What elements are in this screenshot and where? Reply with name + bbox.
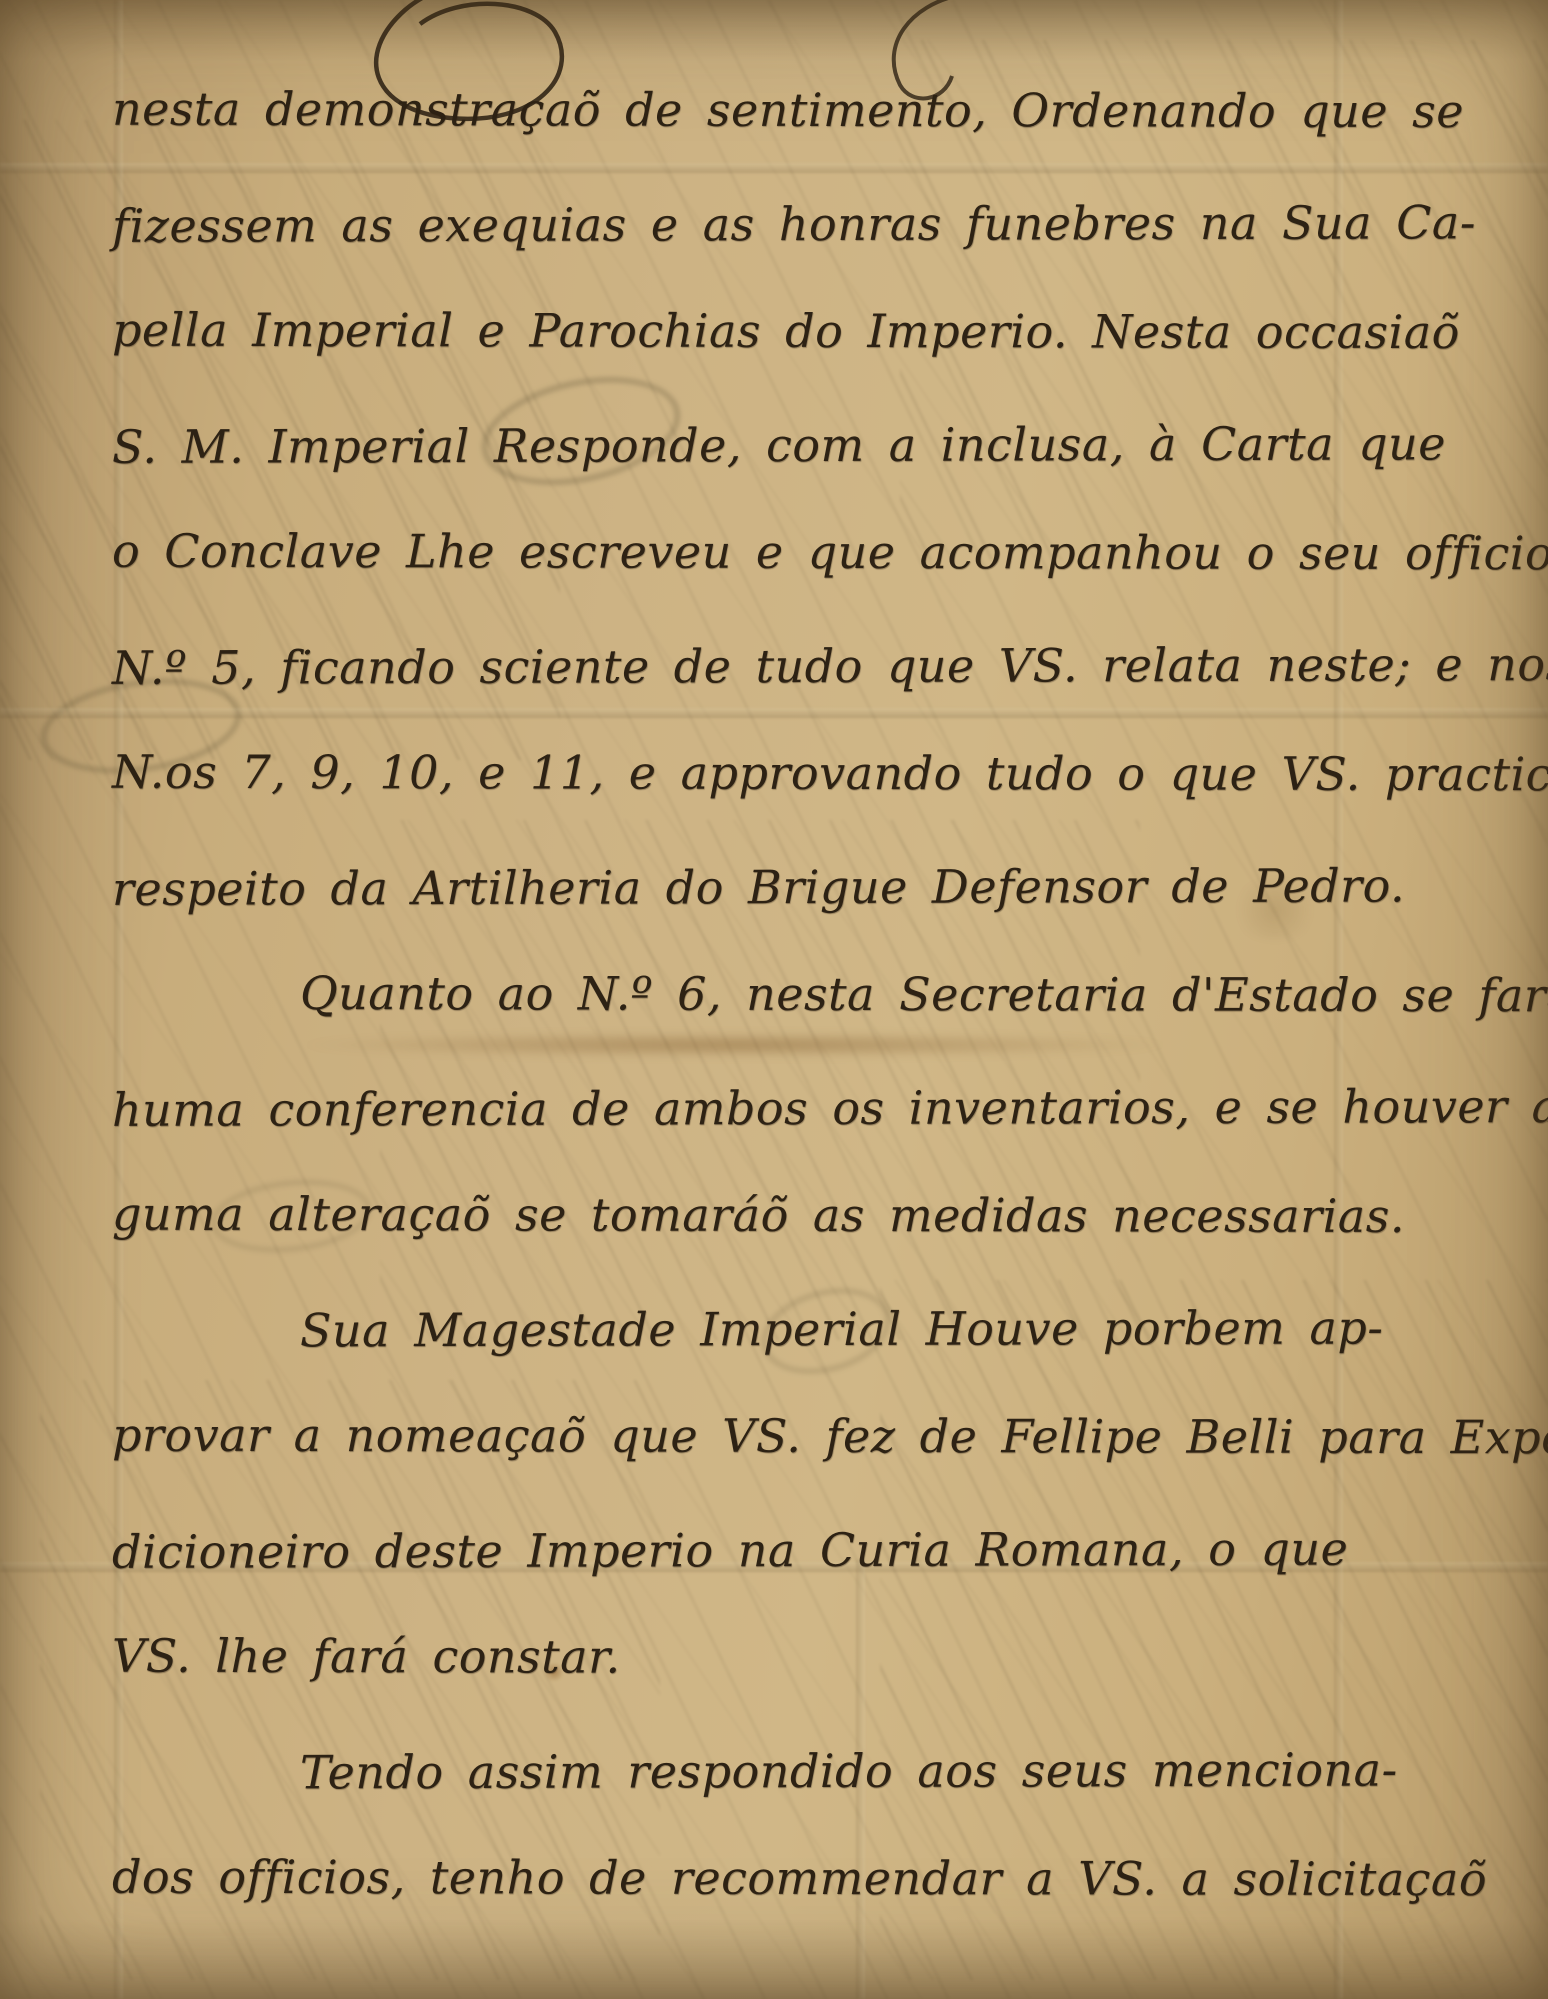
manuscript-page: nesta demonstraçaõ de sentimento, Ordena… — [0, 0, 1548, 1999]
manuscript-line: guma alteraçaõ se tomaráõ as medidas nec… — [0, 1159, 1548, 1272]
manuscript-line: fizessem as exequias e as honras funebre… — [0, 166, 1548, 281]
manuscript-line: VS. lhe fará constar. — [0, 1601, 1548, 1714]
manuscript-line: provar a nomeaçaõ que VS. fez de Fellipe… — [0, 1380, 1548, 1493]
manuscript-line: pella Imperial e Parochias do Imperio. N… — [0, 275, 1548, 388]
manuscript-line: Sua Magestade Imperial Houve porbem ap- — [0, 1271, 1548, 1386]
manuscript-line: dicioneiro deste Imperio na Curia Romana… — [0, 1492, 1548, 1607]
manuscript-line: o Conclave Lhe escreveu e que acompanhou… — [0, 496, 1548, 609]
manuscript-line: dos officios, tenho de recommendar a VS.… — [0, 1822, 1548, 1935]
manuscript-line: huma conferencia de ambos os inventarios… — [0, 1050, 1548, 1165]
manuscript-line: nesta demonstraçaõ de sentimento, Ordena… — [0, 54, 1548, 167]
manuscript-text: nesta demonstraçaõ de sentimento, Ordena… — [0, 56, 1548, 1935]
manuscript-line: Tendo assim respondido aos seus menciona… — [0, 1713, 1548, 1828]
manuscript-line: Quanto ao N.º 6, nesta Secretaria d'Esta… — [0, 938, 1548, 1051]
manuscript-line: respeito da Artilheria do Brigue Defenso… — [0, 829, 1548, 944]
manuscript-line: N.os 7, 9, 10, e 11, e approvando tudo o… — [0, 717, 1548, 830]
manuscript-line: N.º 5, ficando sciente de tudo que VS. r… — [0, 608, 1548, 723]
manuscript-line: S. M. Imperial Responde, com a inclusa, … — [0, 387, 1548, 502]
